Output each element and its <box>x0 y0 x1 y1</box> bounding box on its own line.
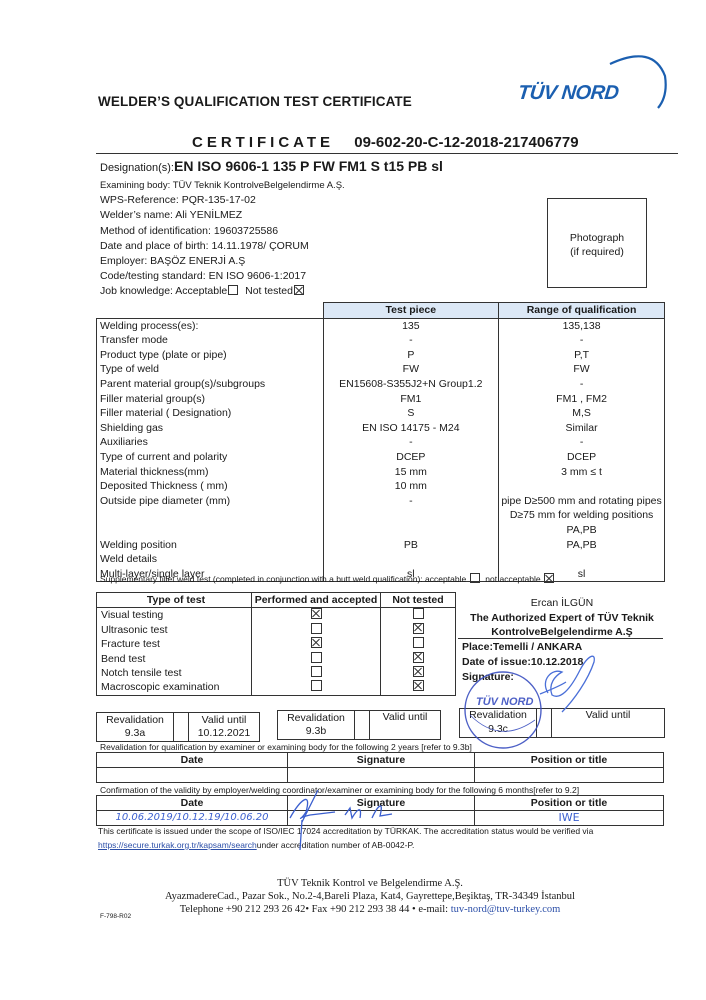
performed-checkbox[interactable] <box>311 680 322 691</box>
valid-until-label: Valid until <box>202 714 247 726</box>
test-name: Ultrasonic test <box>97 623 252 637</box>
test-piece-cell: EN ISO 14175 - M24 <box>323 421 499 436</box>
logo-text: TÜV NORD <box>517 82 620 105</box>
form-number: F-798-R02 <box>100 913 131 920</box>
not-tested-checkbox[interactable] <box>413 637 424 648</box>
header-test-piece: Test piece <box>323 303 499 319</box>
revalidation-date-field[interactable] <box>97 768 288 783</box>
test-name: Fracture test <box>97 637 252 651</box>
performed-checkbox-cell <box>252 637 381 651</box>
table-row: Fracture test <box>97 637 456 651</box>
issue-details: Place:Temelli / ANKARA Date of issue:10.… <box>462 640 583 685</box>
accreditation-scope: This certificate is issued under the sco… <box>98 824 593 852</box>
header-not-tested: Not tested <box>381 593 456 608</box>
table-row: Ultrasonic test <box>97 623 456 637</box>
revalidation-position-field[interactable] <box>475 768 664 783</box>
range-cell: Similar <box>499 421 665 436</box>
header-divider <box>96 153 678 154</box>
range-cell: DCEP <box>499 450 665 465</box>
range-cell: P,T <box>499 348 665 363</box>
test-piece-cell: - <box>323 435 499 450</box>
range-cell <box>499 479 665 494</box>
tests-header-row: Type of test Performed and accepted Not … <box>97 593 456 608</box>
test-piece-cell <box>323 552 499 567</box>
parameter-cell: Product type (plate or pipe) <box>97 348 324 363</box>
range-cell: - <box>499 435 665 450</box>
certificate-number-line: CERTIFICATE 09-602-20-C-12-2018-21740677… <box>192 134 579 151</box>
test-piece-cell: FW <box>323 362 499 377</box>
performed-checkbox[interactable] <box>311 623 322 634</box>
accreditation-number: under accreditation number of AB-0042-P. <box>257 840 415 850</box>
table-row: Parent material group(s)/subgroupsEN1560… <box>97 377 665 392</box>
footer-address: AyazmadereCad., Pazar Sok., No.2-4,Barel… <box>60 890 680 903</box>
range-cell: PA,PB <box>499 523 665 538</box>
test-name: Notch tensile test <box>97 666 252 680</box>
qualification-table: Test piece Range of qualification Weldin… <box>96 302 665 582</box>
tuv-nord-logo: TÜV NORD <box>518 46 668 116</box>
supplementary-acceptable-checkbox[interactable] <box>470 573 480 583</box>
revalidation-label: Revalidation <box>469 709 527 721</box>
header-date: Date <box>97 796 288 811</box>
range-cell: M,S <box>499 406 665 421</box>
parameter-cell: Shielding gas <box>97 421 324 436</box>
header-signature: Signature <box>288 796 475 811</box>
range-cell: FW <box>499 362 665 377</box>
employer: Employer: BAŞÖZ ENERJİ A.Ş <box>100 254 345 269</box>
parameter-cell: Type of weld <box>97 362 324 377</box>
table-row: Outside pipe diameter (mm)-pipe D≥500 mm… <box>97 494 665 509</box>
performed-checkbox[interactable] <box>311 608 322 619</box>
photo-label-1: Photograph <box>548 231 646 245</box>
document-title: WELDER’S QUALIFICATION TEST CERTIFICATE <box>98 94 412 109</box>
designation-value: EN ISO 9606-1 135 P FW FM1 S t15 PB sl <box>174 158 443 174</box>
table-row: Notch tensile test <box>97 666 456 680</box>
parameter-cell: Outside pipe diameter (mm) <box>97 494 324 509</box>
header-signature: Signature <box>288 753 475 768</box>
table-row: Weld details <box>97 552 665 567</box>
table-row <box>97 768 664 783</box>
range-cell: 135,138 <box>499 318 665 333</box>
revalidation-ref: 9.3a <box>125 727 145 739</box>
table-row: Type of weldFWFW <box>97 362 665 377</box>
revalidation-note: Revalidation for qualification by examin… <box>100 742 472 752</box>
table-row: Welding positionPBPA,PB <box>97 538 665 553</box>
method-of-identification: Method of identification: 19603725586 <box>100 224 345 239</box>
table-row: Shielding gasEN ISO 14175 - M24Similar <box>97 421 665 436</box>
not-acceptable-label: not acceptable <box>485 574 540 584</box>
range-cell: 3 mm ≤ t <box>499 465 665 480</box>
test-name: Bend test <box>97 652 252 666</box>
welder-info: Examining body: TÜV Teknik KontrolveBelg… <box>100 178 345 300</box>
svg-text:TÜV NORD: TÜV NORD <box>476 695 534 708</box>
valid-until-date: 10.12.2021 <box>198 727 251 739</box>
test-piece-cell: - <box>323 333 499 348</box>
confirmation-table: Date Signature Position or title 10.06.2… <box>96 795 664 826</box>
confirmation-note: Confirmation of the validity by employer… <box>100 785 579 795</box>
revalidation-spacer <box>537 709 552 738</box>
date-of-issue: Date of issue:10.12.2018 <box>462 655 583 670</box>
not-tested-checkbox-cell <box>381 637 456 651</box>
code-standard: Code/testing standard: EN ISO 9606-1:201… <box>100 269 345 284</box>
qualification-header-row: Test piece Range of qualification <box>97 303 665 319</box>
header-performed: Performed and accepted <box>252 593 381 608</box>
place-of-issue: Place:Temelli / ANKARA <box>462 640 583 655</box>
performed-checkbox[interactable] <box>311 652 322 663</box>
test-piece-cell: S <box>323 406 499 421</box>
wps-reference: WPS-Reference: PQR-135-17-02 <box>100 193 345 208</box>
parameter-cell: Transfer mode <box>97 333 324 348</box>
performed-checkbox-cell <box>252 623 381 637</box>
parameter-cell: Weld details <box>97 552 324 567</box>
revalidation-9-3a: Revalidation9.3a Valid until10.12.2021 <box>96 712 260 742</box>
test-piece-cell: DCEP <box>323 450 499 465</box>
table-row: Material thickness(mm)15 mm3 mm ≤ t <box>97 465 665 480</box>
date-place-of-birth: Date and place of birth: 14.11.1978/ ÇOR… <box>100 239 345 254</box>
revalidation-label: Revalidation <box>106 714 164 726</box>
table-row: Visual testing <box>97 608 456 623</box>
confirmation-table-header: Date Signature Position or title <box>97 796 664 811</box>
not-tested-checkbox-cell <box>381 608 456 623</box>
examining-body: Examining body: TÜV Teknik KontrolveBelg… <box>100 178 345 193</box>
not-tested-label: Not tested <box>245 285 293 297</box>
expert-role-1: The Authorized Expert of TÜV Teknik <box>470 612 654 624</box>
table-row: Product type (plate or pipe)PP,T <box>97 348 665 363</box>
parameter-cell: Auxiliaries <box>97 435 324 450</box>
parameter-cell: Type of current and polarity <box>97 450 324 465</box>
table-row: Macroscopic examination <box>97 680 456 695</box>
supplementary-not-acceptable-checkbox[interactable] <box>544 573 554 583</box>
photograph-box: Photograph (if required) <box>547 198 647 288</box>
not-tested-checkbox-cell <box>381 666 456 680</box>
parameter-cell: Deposited Thickness ( mm) <box>97 479 324 494</box>
parameter-cell <box>97 523 324 538</box>
revalidation-table: Date Signature Position or title <box>96 752 664 783</box>
header-blank <box>97 303 324 319</box>
range-cell <box>499 552 665 567</box>
logo-arc-icon <box>518 46 668 116</box>
parameter-cell: Filler material group(s) <box>97 392 324 407</box>
footer-contact: Telephone +90 212 293 26 42• Fax +90 212… <box>180 904 451 915</box>
job-knowledge: Job knowledge: Acceptable Not tested <box>100 284 345 299</box>
performed-checkbox-cell <box>252 652 381 666</box>
footer-email-link[interactable]: tuv-nord@tuv-turkey.com <box>451 904 561 915</box>
revalidation-9-3c: Revalidation9.3c Valid until <box>459 708 665 738</box>
test-piece-cell: PB <box>323 538 499 553</box>
test-piece-cell <box>323 508 499 523</box>
not-tested-checkbox[interactable] <box>413 680 424 691</box>
parameter-cell: Material thickness(mm) <box>97 465 324 480</box>
revalidation-9-3b: Revalidation9.3b Valid until <box>277 710 441 740</box>
certificate-number: 09-602-20-C-12-2018-217406779 <box>354 134 578 151</box>
revalidation-ref: 9.3b <box>306 725 326 737</box>
range-cell: FM1 , FM2 <box>499 392 665 407</box>
table-row: Filler material group(s)FM1FM1 , FM2 <box>97 392 665 407</box>
performed-checkbox-cell <box>252 666 381 680</box>
job-knowledge-not-tested-checkbox[interactable] <box>294 285 304 295</box>
test-piece-cell: 10 mm <box>323 479 499 494</box>
range-cell: - <box>499 333 665 348</box>
table-row: Deposited Thickness ( mm)10 mm <box>97 479 665 494</box>
job-knowledge-acceptable-checkbox[interactable] <box>228 285 238 295</box>
test-piece-cell: EN15608-S355J2+N Group1.2 <box>323 377 499 392</box>
expert-role-2: KontrolveBelgelendirme A.Ş <box>491 626 632 638</box>
range-cell: PA,PB <box>499 538 665 553</box>
welder-name: Welder’s name: Ali YENİLMEZ <box>100 208 345 223</box>
range-cell: D≥75 mm for welding positions <box>499 508 665 523</box>
test-piece-cell: 135 <box>323 318 499 333</box>
table-row: Type of current and polarityDCEPDCEP <box>97 450 665 465</box>
parameter-cell: Welding position <box>97 538 324 553</box>
parameter-cell: Parent material group(s)/subgroups <box>97 377 324 392</box>
not-tested-checkbox-cell <box>381 623 456 637</box>
signature-label: Signature: <box>462 670 583 685</box>
test-piece-cell: - <box>323 494 499 509</box>
header-position: Position or title <box>475 753 664 768</box>
performed-checkbox-cell <box>252 680 381 695</box>
table-row: PA,PB <box>97 523 665 538</box>
certificate-word: CERTIFICATE <box>192 134 334 151</box>
turkak-link[interactable]: https://secure.turkak.org.tr/kapsam/sear… <box>98 840 257 850</box>
not-tested-checkbox[interactable] <box>413 666 424 677</box>
revalidation-signature-field[interactable] <box>288 768 475 783</box>
authorized-expert: Ercan İLGÜN The Authorized Expert of TÜV… <box>462 596 662 640</box>
test-piece-cell: FM1 <box>323 392 499 407</box>
not-tested-checkbox[interactable] <box>413 608 424 619</box>
test-piece-cell: 15 mm <box>323 465 499 480</box>
designation-label: Designation(s): <box>100 162 174 174</box>
photo-label-2: (if required) <box>548 245 646 259</box>
test-name: Visual testing <box>97 608 252 623</box>
designation: Designation(s):EN ISO 9606-1 135 P FW FM… <box>100 158 443 174</box>
valid-until-label: Valid until <box>383 711 428 723</box>
not-tested-checkbox-cell <box>381 652 456 666</box>
header-range: Range of qualification <box>499 303 665 319</box>
supplementary-text: Supplementary fillet weld test (complete… <box>100 574 466 584</box>
revalidation-label: Revalidation <box>287 712 345 724</box>
table-row: Welding process(es):135135,138 <box>97 318 665 333</box>
scope-text: This certificate is issued under the sco… <box>98 824 593 838</box>
valid-until-label: Valid until <box>586 709 631 721</box>
expert-divider <box>458 638 663 639</box>
parameter-cell: Welding process(es): <box>97 318 324 333</box>
footer: TÜV Teknik Kontrol ve Belgelendirme A.Ş.… <box>60 877 680 916</box>
table-row: Filler material ( Designation)SM,S <box>97 406 665 421</box>
parameter-cell <box>97 508 324 523</box>
revalidation-ref: 9.3c <box>488 723 508 735</box>
performed-checkbox-cell <box>252 608 381 623</box>
revalidation-spacer <box>355 711 370 740</box>
tests-table: Type of test Performed and accepted Not … <box>96 592 456 696</box>
table-row: Auxiliaries-- <box>97 435 665 450</box>
range-cell: pipe D≥500 mm and rotating pipes <box>499 494 665 509</box>
table-row: Transfer mode-- <box>97 333 665 348</box>
test-name: Macroscopic examination <box>97 680 252 695</box>
range-cell: - <box>499 377 665 392</box>
header-date: Date <box>97 753 288 768</box>
test-piece-cell: P <box>323 348 499 363</box>
header-type-of-test: Type of test <box>97 593 252 608</box>
not-tested-checkbox[interactable] <box>413 623 424 634</box>
header-position: Position or title <box>475 796 664 811</box>
performed-checkbox[interactable] <box>311 637 322 648</box>
revalidation-table-header: Date Signature Position or title <box>97 753 664 768</box>
not-tested-checkbox[interactable] <box>413 652 424 663</box>
table-row: D≥75 mm for welding positions <box>97 508 665 523</box>
revalidation-spacer <box>174 713 189 742</box>
not-tested-checkbox-cell <box>381 680 456 695</box>
expert-name: Ercan İLGÜN <box>462 596 662 611</box>
parameter-cell: Filler material ( Designation) <box>97 406 324 421</box>
supplementary-fillet: Supplementary fillet weld test (complete… <box>100 573 555 584</box>
test-piece-cell <box>323 523 499 538</box>
job-knowledge-label: Job knowledge: Acceptable <box>100 285 227 297</box>
footer-company: TÜV Teknik Kontrol ve Belgelendirme A.Ş. <box>60 877 680 890</box>
performed-checkbox[interactable] <box>311 666 322 677</box>
table-row: Bend test <box>97 652 456 666</box>
